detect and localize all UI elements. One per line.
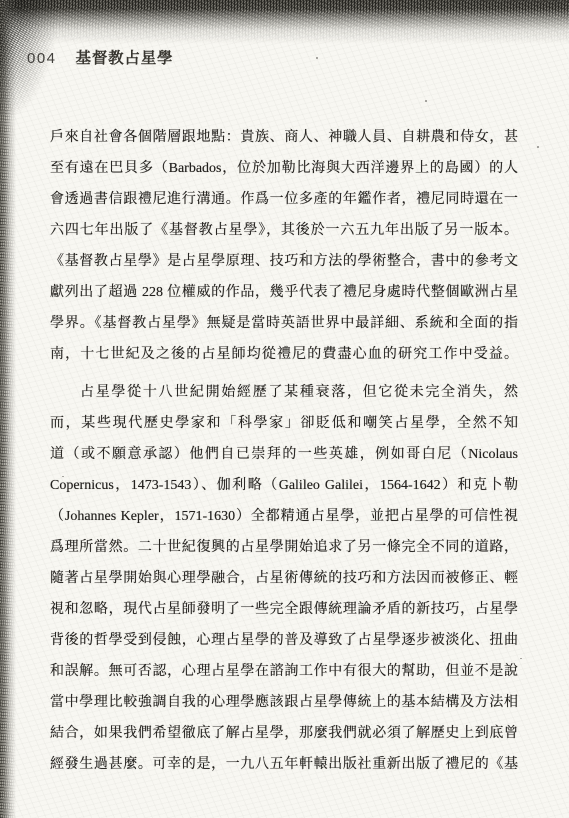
text-line: 六四七年出版了《基督教占星學》，其後於一六五九年出版了另一版本。: [50, 215, 518, 246]
text-line: 經發生過甚麼。可幸的是，一九八五年軒轅出版社重新出版了禮尼的《基: [50, 749, 518, 780]
scan-noise-left-strip: [0, 0, 16, 818]
dust-speck: [306, 250, 307, 252]
text-line: （Johannes Kepler，1571-1630）全都精通占星學，並把占星學…: [50, 501, 518, 532]
dust-speck: [316, 57, 318, 59]
text-line: 至有遠在巴貝多（Barbados，位於加勒比海與大西洋邊界上的島國）的人: [50, 153, 518, 184]
text-line: Copernicus，1473-1543）、伽利略（Galileo Galile…: [50, 470, 518, 501]
text-line: 當中學理比較強調自我的心理學應該跟占星學傳統上的基本結構及方法相: [50, 687, 518, 718]
paragraph: 占星學從十八世紀開始經歷了某種衰落，但它從未完全消失，然 而，某些現代歷史學家和…: [50, 377, 518, 780]
text-line: 隨著占星學開始與心理學融合，占星術傳統的技巧和方法因而被修正、輕: [50, 563, 518, 594]
body-text: 戶來自社會各個階層跟地點：貴族、商人、神職人員、自耕農和侍女，甚 至有遠在巴貝多…: [50, 122, 518, 780]
text-line: 而，某些現代歷史學家和「科學家」卻貶低和嘲笑占星學，全然不知: [50, 408, 518, 439]
text-line: 結合，如果我們希望徹底了解占星學，那麼我們就必須了解歷史上到底曾: [50, 718, 518, 749]
paragraph: 戶來自社會各個階層跟地點：貴族、商人、神職人員、自耕農和侍女，甚 至有遠在巴貝多…: [50, 122, 518, 370]
text-line: 視和忽略，現代占星師發明了一些完全跟傳統理論矛盾的新技巧，占星學: [50, 594, 518, 625]
dust-speck: [425, 100, 427, 102]
text-line: 戶來自社會各個階層跟地點：貴族、商人、神職人員、自耕農和侍女，甚: [50, 122, 518, 153]
dust-speck: [62, 476, 64, 477]
dust-speck: [520, 658, 522, 659]
page-header: 004 基督教占星學: [27, 46, 173, 64]
scan-noise-top-band: [0, 0, 569, 44]
text-line: 背後的哲學受到侵蝕，心理占星學的普及導致了占星學逐步被淡化、扭曲: [50, 625, 518, 656]
text-line: 《基督教占星學》是占星學原理、技巧和方法的學術整合，書中的參考文: [50, 246, 518, 277]
dust-speck: [537, 146, 539, 148]
book-page: 004 基督教占星學 戶來自社會各個階層跟地點：貴族、商人、神職人員、自耕農和侍…: [0, 0, 569, 818]
text-line: 獻列出了超過 228 位權威的作品，幾乎代表了禮尼身處時代整個歐洲占星: [50, 277, 518, 308]
text-line: 道（或不願意承認）他們自已崇拜的一些英雄，例如哥白尼（Nicolaus: [50, 439, 518, 470]
text-line: 爲理所當然。二十世紀復興的占星學開始追求了另一條完全不同的道路，: [50, 532, 518, 563]
text-line: 占星學從十八世紀開始經歷了某種衰落，但它從未完全消失，然: [50, 377, 518, 408]
page-number: 004: [27, 50, 57, 67]
text-line: 和誤解。無可否認，心理占星學在諮詢工作中有很大的幫助，但並不是說: [50, 656, 518, 687]
text-line: 學界。《基督教占星學》無疑是當時英語世界中最詳細、系統和全面的指: [50, 308, 518, 339]
running-title: 基督教占星學: [76, 46, 174, 68]
text-line: 會透過書信跟禮尼進行溝通。作爲一位多產的年鑑作者，禮尼同時還在一: [50, 184, 518, 215]
text-line: 南，十七世紀及之後的占星師均從禮尼的費盡心血的研究工作中受益。: [50, 339, 518, 370]
